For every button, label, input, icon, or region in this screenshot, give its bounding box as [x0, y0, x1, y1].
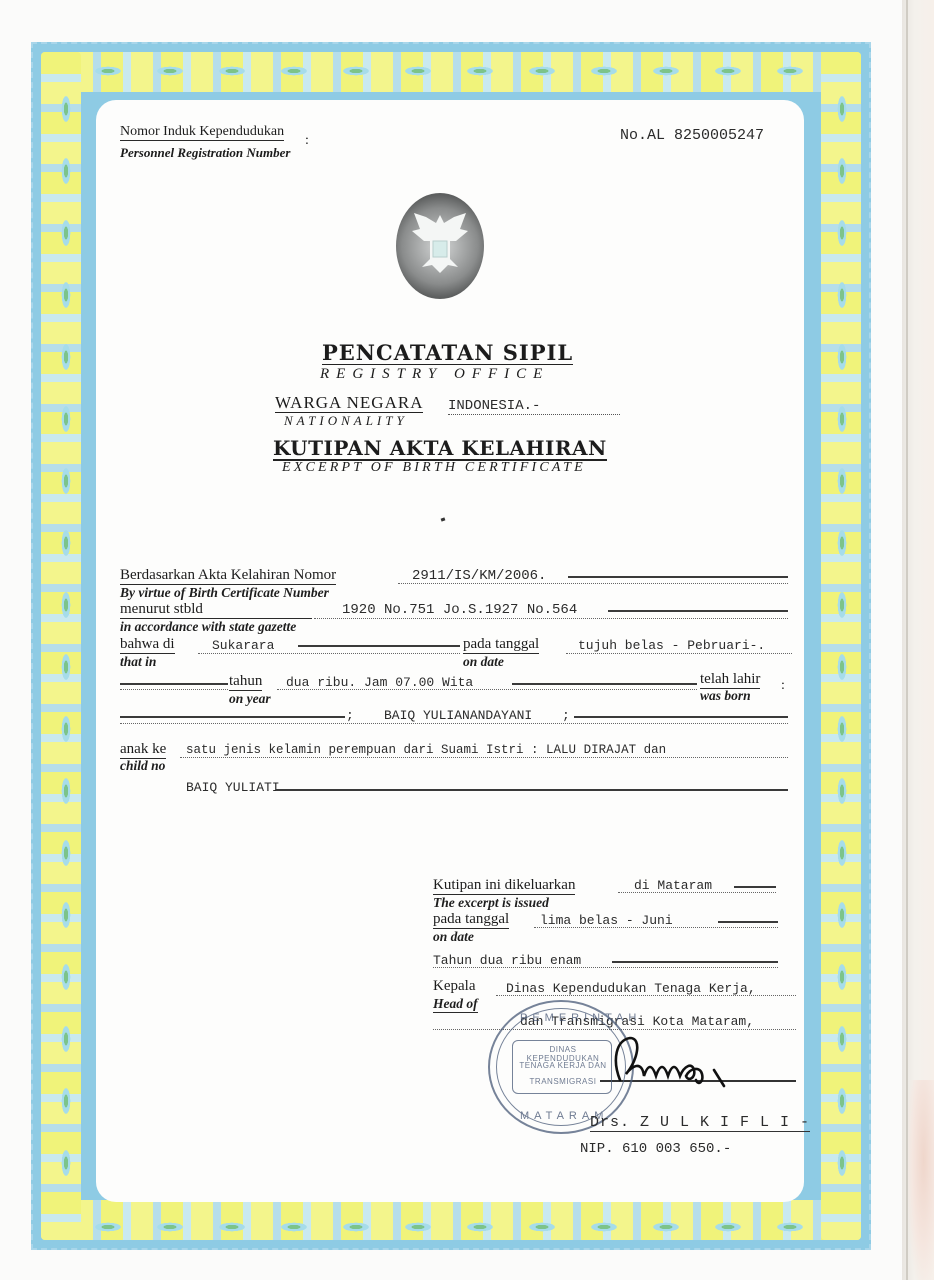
signature-icon	[602, 1030, 742, 1105]
nik-label-en: Personnel Registration Number	[120, 145, 290, 161]
fill-dash	[298, 645, 460, 647]
date-label-en: on date	[463, 654, 504, 670]
border-motif	[589, 1222, 619, 1232]
act-number-label: Berdasarkan Akta Kelahiran Nomor	[120, 567, 336, 585]
border-motif	[837, 714, 847, 744]
fill-dash	[120, 683, 228, 685]
border-motif	[61, 528, 71, 558]
border-motif	[61, 156, 71, 186]
stamp-line-2: TENAGA KERJA DAN	[513, 1061, 613, 1070]
border-motif	[837, 1148, 847, 1178]
border-motif	[713, 1222, 743, 1232]
year-label: tahun	[229, 673, 262, 691]
stbld-label: menurut stbld	[120, 601, 312, 619]
border-motif	[775, 1222, 805, 1232]
office-title-en: REGISTRY OFFICE	[320, 366, 549, 383]
border-motif	[837, 94, 847, 124]
border-motif	[61, 404, 71, 434]
border-motif	[837, 1086, 847, 1116]
official-name: Drs. Z U L K I F L I -	[590, 1114, 810, 1132]
border-motif	[837, 590, 847, 620]
child-no-label: anak ke	[120, 741, 166, 759]
year-value: dua ribu. Jam 07.00 Wita	[286, 675, 473, 690]
border-motif	[61, 652, 71, 682]
fill-dash	[718, 921, 778, 923]
stamp-inner-box: DINAS KEPENDUDUKAN TENAGA KERJA DAN TRAN…	[512, 1040, 612, 1094]
border-motif	[61, 1086, 71, 1116]
fill-dash	[512, 683, 697, 685]
child-sep-right: ;	[562, 708, 570, 723]
issued-label-en: The excerpt is issued	[433, 895, 549, 911]
stamp-line-3: TRANSMIGRASI	[513, 1077, 613, 1086]
border-motif	[837, 652, 847, 682]
border-motif	[61, 466, 71, 496]
border-motif	[61, 838, 71, 868]
born-colon: :	[781, 678, 785, 694]
child-no-value: satu jenis kelamin perempuan dari Suami …	[186, 743, 666, 757]
stbld-label-en: in accordance with state gazette	[120, 619, 296, 635]
official-nip: NIP. 610 003 650.-	[580, 1141, 731, 1157]
border-motif	[93, 66, 123, 76]
act-number-value: 2911/IS/KM/2006.	[412, 568, 546, 584]
stbld-value: 1920 No.751 Jo.S.1927 No.564	[342, 602, 577, 618]
fill-dash	[568, 576, 788, 578]
border-motif	[279, 1222, 309, 1232]
certificate-number: No.AL 8250005247	[620, 127, 764, 144]
page-edge-strip	[902, 0, 934, 1280]
border-motif	[61, 590, 71, 620]
border-motif	[61, 1148, 71, 1178]
border-motif	[61, 1024, 71, 1054]
fill-dash	[734, 886, 776, 888]
head-office-line-1: Dinas Kependudukan Tenaga Kerja,	[506, 981, 756, 996]
office-title: PENCATATAN SIPIL	[322, 342, 573, 365]
border-motif	[589, 66, 619, 76]
mother-name: BAIQ YULIATI	[186, 780, 280, 795]
place-value: Sukarara	[212, 638, 274, 653]
border-motif	[61, 94, 71, 124]
border-motif	[837, 528, 847, 558]
garuda-emblem-icon	[396, 193, 484, 299]
nik-label: Nomor Induk Kependudukan	[120, 124, 284, 141]
child-sep-left: ;	[346, 708, 354, 723]
fill-dash	[276, 789, 788, 791]
border-motif	[837, 342, 847, 372]
child-no-label-en: child no	[120, 758, 165, 774]
border-motif	[837, 838, 847, 868]
child-name: BAIQ YULIANANDAYANI	[384, 708, 532, 723]
place-label-en: that in	[120, 654, 156, 670]
border-motif	[155, 1222, 185, 1232]
border-motif	[279, 66, 309, 76]
border-motif	[61, 900, 71, 930]
year-label-en: on year	[229, 691, 271, 707]
border-motif	[651, 1222, 681, 1232]
act-number-label-en: By virtue of Birth Certificate Number	[120, 585, 329, 601]
fill-dash	[612, 961, 778, 963]
nationality-label-en: NATIONALITY	[284, 413, 408, 429]
head-label: Kepala	[433, 978, 475, 995]
border-motif	[93, 1222, 123, 1232]
border-motif	[61, 714, 71, 744]
issued-label: Kutipan ini dikeluarkan	[433, 877, 575, 895]
border-motif	[61, 342, 71, 372]
border-motif	[217, 66, 247, 76]
border-motif	[403, 66, 433, 76]
border-motif	[155, 66, 185, 76]
document-title: KUTIPAN AKTA KELAHIRAN	[273, 438, 607, 461]
border-motif	[837, 280, 847, 310]
issued-place: di Mataram	[634, 878, 712, 893]
border-motif	[403, 1222, 433, 1232]
border-motif	[61, 962, 71, 992]
border-motif	[465, 1222, 495, 1232]
fill-dash	[608, 610, 788, 612]
border-motif	[713, 66, 743, 76]
nationality-field: INDONESIA.-	[448, 396, 620, 415]
issue-year: Tahun dua ribu enam	[433, 953, 581, 968]
border-motif	[837, 776, 847, 806]
border-motif	[527, 66, 557, 76]
border-motif	[61, 280, 71, 310]
year-prefix-field	[120, 674, 228, 690]
border-motif	[651, 66, 681, 76]
border-motif	[837, 218, 847, 248]
document-title-en: EXCERPT OF BIRTH CERTIFICATE	[282, 460, 586, 476]
border-motif	[837, 466, 847, 496]
border-band-bottom	[41, 1200, 861, 1240]
place-label: bahwa di	[120, 636, 175, 654]
date-value: tujuh belas - Pebruari-.	[578, 638, 765, 653]
born-label: telah lahir	[700, 671, 760, 689]
issue-date-label: pada tanggal	[433, 911, 509, 929]
border-motif	[527, 1222, 557, 1232]
fill-dash	[574, 716, 788, 718]
border-motif	[465, 66, 495, 76]
border-motif	[341, 66, 371, 76]
head-label-en: Head of	[433, 996, 478, 1013]
border-motif	[341, 1222, 371, 1232]
border-motif	[775, 66, 805, 76]
border-motif	[837, 1024, 847, 1054]
fill-dash	[120, 716, 345, 718]
nationality-value: INDONESIA.-	[448, 398, 540, 414]
border-motif	[217, 1222, 247, 1232]
border-motif	[837, 900, 847, 930]
border-motif	[837, 404, 847, 434]
border-motif	[837, 156, 847, 186]
border-motif	[837, 962, 847, 992]
stamp-arc-top: PEMERINTAH	[520, 1012, 641, 1024]
issue-date: lima belas - Juni	[540, 913, 673, 928]
border-motif	[61, 218, 71, 248]
born-label-en: was born	[700, 688, 751, 704]
issue-date-label-en: on date	[433, 929, 474, 945]
border-motif	[61, 776, 71, 806]
date-label: pada tanggal	[463, 636, 539, 654]
nationality-label: WARGA NEGARA	[275, 394, 423, 413]
nik-colon: :	[305, 133, 309, 149]
